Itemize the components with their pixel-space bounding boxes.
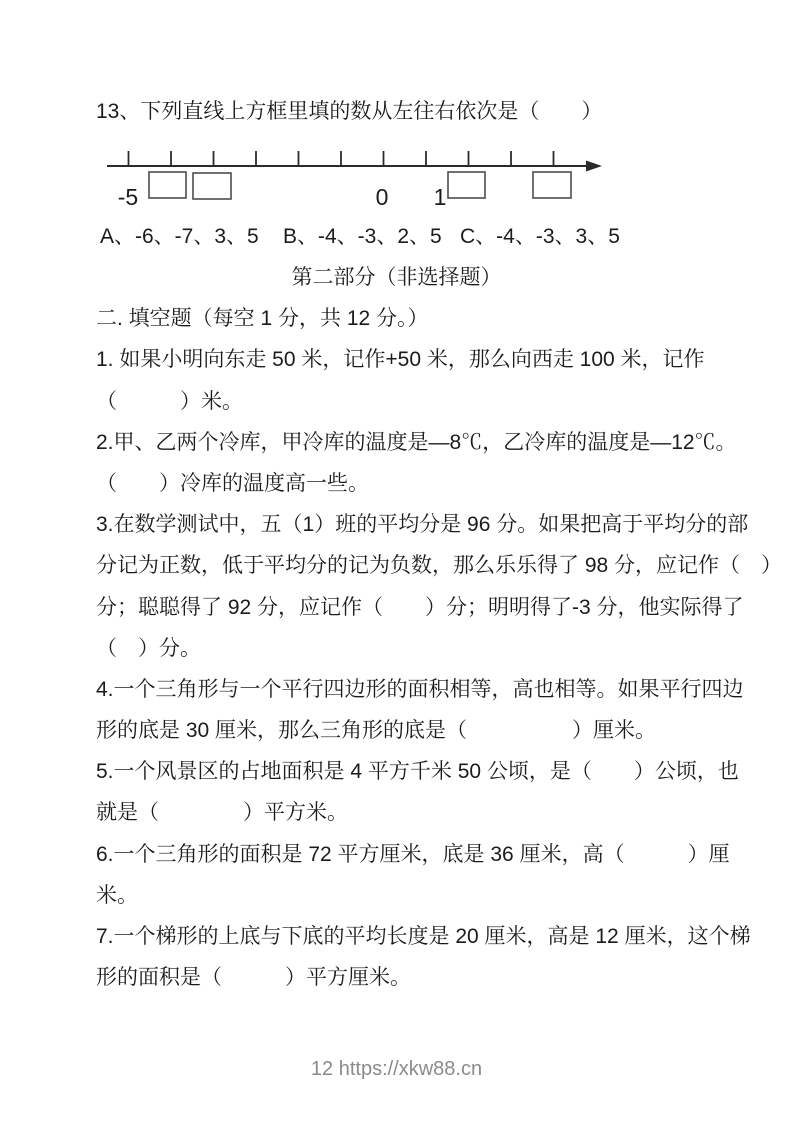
q7-line1: 7.一个梯形的上底与下底的平均长度是 20 厘米，高是 12 厘米，这个梯: [0, 916, 793, 957]
page-number: 12: [311, 1058, 333, 1080]
q13-options-row: A、-6、-7、3、5 B、-4、-3、2、5 C、-4、-3、3、5: [0, 216, 793, 257]
axis-label-neg5: -5: [118, 184, 138, 210]
option-a: A、-6、-7、3、5: [100, 216, 259, 257]
q2-line1: 2.甲、乙两个冷库，甲冷库的温度是—8℃，乙冷库的温度是—12℃。: [0, 422, 793, 463]
option-c: C、-4、-3、3、5: [460, 216, 620, 257]
number-line-figure: -5 0 1: [0, 138, 793, 218]
q6-line1: 6.一个三角形的面积是 72 平方厘米，底是 36 厘米，高（ ）厘: [0, 834, 793, 875]
axis-label-one: 1: [434, 184, 447, 210]
exam-page: 13、下列直线上方框里填的数从左往右依次是（ ） -5 0: [0, 0, 793, 1122]
axis-ticks: [129, 151, 554, 166]
q4-line1: 4.一个三角形与一个平行四边形的面积相等，高也相等。如果平行四边: [0, 669, 793, 710]
q1-line2: （ ）米。: [0, 381, 793, 422]
answer-box-1: [149, 172, 186, 198]
axis-arrowhead-icon: [586, 161, 602, 172]
q3-line4: （ ）分。: [0, 628, 793, 669]
part2-body: 第二部分（非选择题） 二. 填空题（每空 1 分，共 12 分。） 1. 如果小…: [0, 257, 793, 998]
answer-box-3: [448, 172, 485, 198]
q3-line3: 分；聪聪得了 92 分，应记作（ ）分；明明得了-3 分，他实际得了: [0, 587, 793, 628]
q1-line1: 1. 如果小明向东走 50 米，记作+50 米，那么向西走 100 米，记作: [0, 339, 793, 380]
question-13-text: 13、下列直线上方框里填的数从左往右依次是（ ）: [96, 91, 602, 132]
q7-line2: 形的面积是（ ）平方厘米。: [0, 957, 793, 998]
answer-box-4: [533, 172, 571, 198]
q6-line2: 米。: [0, 875, 793, 916]
q3-line1: 3.在数学测试中，五（1）班的平均分是 96 分。如果把高于平均分的部: [0, 504, 793, 545]
axis-label-zero: 0: [376, 184, 389, 210]
q2-line2: （ ）冷库的温度高一些。: [0, 463, 793, 504]
option-b: B、-4、-3、2、5: [283, 216, 442, 257]
q3-line2: 分记为正数，低于平均分的记为负数，那么乐乐得了 98 分，应记作（ ）: [0, 545, 793, 586]
footer-url-link[interactable]: https://xkw88.cn: [339, 1058, 482, 1080]
part2-intro: 二. 填空题（每空 1 分，共 12 分。）: [0, 298, 793, 339]
q5-line2: 就是（ ）平方米。: [0, 792, 793, 833]
part2-heading: 第二部分（非选择题）: [0, 257, 793, 298]
q5-line1: 5.一个风景区的占地面积是 4 平方千米 50 公顷，是（ ）公顷，也: [0, 751, 793, 792]
page-footer: 12 https://xkw88.cn: [0, 1058, 793, 1081]
answer-box-2: [193, 173, 231, 199]
q4-line2: 形的底是 30 厘米，那么三角形的底是（ ）厘米。: [0, 710, 793, 751]
